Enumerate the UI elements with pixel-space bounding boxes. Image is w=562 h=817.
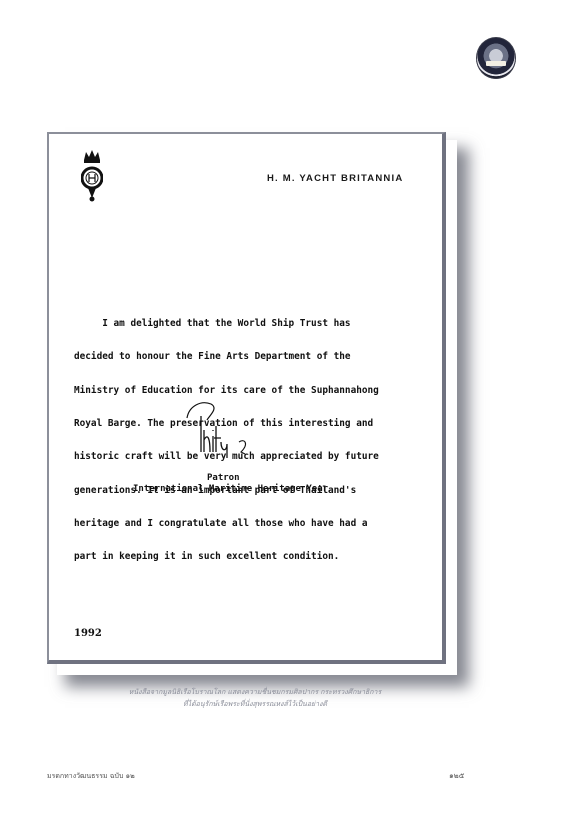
footer-publication: มรดกทางวัฒนธรรม ฉบับ ๑๒ [47,771,135,782]
emblem-seal-icon [476,37,516,79]
caption-line: หนังสือจากมูลนิธิเรือโบราณโลก แสดงความชื… [90,686,420,698]
letter-document: H. M. YACHT BRITANNIA I am delighted tha… [47,132,446,664]
signature [179,396,259,466]
letter-year: 1992 [74,628,102,639]
body-line: part in keeping it in such excellent con… [74,551,439,562]
body-line: Ministry of Education for its care of th… [74,385,439,396]
signatory-role: Patron [207,473,240,483]
body-line: heritage and I congratulate all those wh… [74,518,439,529]
body-line: decided to honour the Fine Arts Departme… [74,351,439,362]
caption-line: ที่ได้อนุรักษ์เรือพระที่นั่งสุพรรณหงส์ไว… [90,698,420,710]
body-line: I am delighted that the World Ship Trust… [74,318,439,329]
letterhead: H. M. YACHT BRITANNIA [267,173,403,184]
figure-caption: หนังสือจากมูลนิธิเรือโบราณโลก แสดงความชื… [90,686,420,710]
royal-crest-icon [81,148,103,204]
signatory-title: International Maritime Heritage Year [133,484,328,494]
page-number: ๑๒๕ [449,770,464,782]
